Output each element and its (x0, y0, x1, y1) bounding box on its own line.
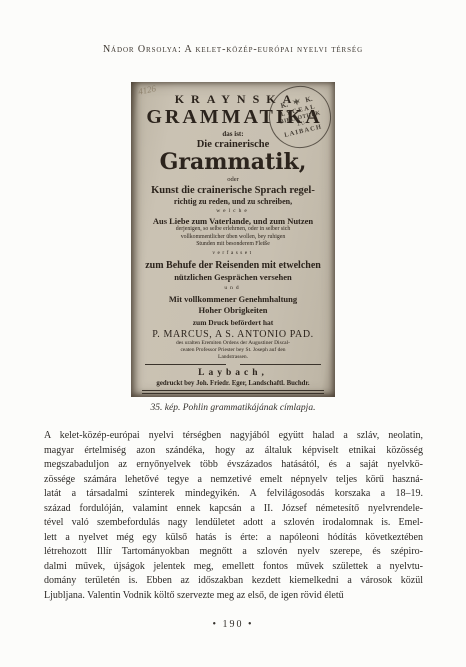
body-line: magyar értelmiség azon szándéka, hogy az… (44, 444, 423, 459)
book-und: und (131, 285, 335, 291)
body-line: század fordulóján, valamint ennek kapcsá… (44, 502, 423, 517)
book-author-fine-3: Landstrassen. (131, 354, 335, 361)
book-verfasset: verfasset (131, 250, 335, 256)
book-author-fine-1: des uralten Eremiten Ordens der Augustin… (131, 340, 335, 347)
body-line: domány területén is. Ebben az időszakban… (44, 574, 423, 589)
figure-title-page-scan: 4126 K. K. LYCEAL BIBLIOTHEK ZU LAIBACH … (131, 82, 335, 397)
book-city-line: Laybach, (131, 368, 335, 378)
book-behufe-line: zum Behufe der Reisenden mit etwelchen (131, 260, 335, 271)
book-genehmhaltung-line: Mit vollkommener Genehmhaltung (131, 294, 335, 304)
book-oder: oder (131, 176, 335, 183)
book-druck-line: zum Druck befördert hat (131, 318, 335, 327)
book-richtig-line: richtig zu reden, und zu schreiben, (131, 197, 335, 206)
body-line: latát a társadalmi színterek mindegyikén… (44, 487, 423, 502)
body-line: megszabaduljon az ernyőnyelvek több évsz… (44, 458, 423, 473)
body-line: Ljubljana. Valentin Vodnik költő szervez… (44, 589, 423, 604)
book-fine-line-2: vollkommentlicher üben wollen, bey ruhig… (131, 234, 335, 242)
figure-caption: 35. kép. Pohlin grammatikájának címlapja… (0, 403, 466, 413)
body-line: A kelet-közép-európai nyelvi térségben n… (44, 429, 423, 444)
body-paragraph: A kelet-közép-európai nyelvi térségben n… (44, 429, 423, 603)
book-page: Nádor Orsolya: A kelet-közép-európai nye… (0, 0, 466, 667)
body-line: zössége számára lehetővé tegye a nemzeti… (44, 473, 423, 488)
body-line: lett a nyelvet még egy külső hatás is ér… (44, 531, 423, 546)
body-line: dalmi művek, újságok jelentek meg, emell… (44, 560, 423, 575)
book-hoher-line: Hoher Obrigkeiten (131, 305, 335, 315)
book-kunst-line: Kunst die crainerische Sprach regel- (131, 185, 335, 196)
book-author-fine-2: ceaten Professor Priester bey St. Joseph… (131, 347, 335, 354)
book-welche: welche (131, 208, 335, 214)
book-fine-line-3: Stunden mit besonderem Fleiße (131, 241, 335, 249)
title-page-split-rule (145, 364, 321, 365)
page-number: • 190 • (0, 619, 466, 630)
book-nuetzlichen-line: nützlichen Gesprächen versehen (131, 272, 335, 282)
title-page-double-rule (142, 390, 324, 394)
running-header: Nádor Orsolya: A kelet-közép-európai nye… (0, 44, 466, 55)
book-printer-line: gedruckt bey Joh. Friedr. Eger, Landscha… (131, 380, 335, 387)
book-fine-line-1: derjenigen, so selbe erlehrnen, oder in … (131, 226, 335, 234)
body-line: tével való szembefordulás nagy lendülete… (44, 516, 423, 531)
book-aus-liebe-line: Aus Liebe zum Vaterlande, und zum Nutzen (131, 216, 335, 226)
body-line: létrehozott Illír Tartományokban megnőtt… (44, 545, 423, 560)
book-author-line: P. MARCUS, A S. ANTONIO PAD. (131, 329, 335, 340)
book-publisher-line-1: Im Verlag bey Lorenz Bernbacher, Burgerl… (131, 396, 335, 397)
book-subtitle-2: Grammatik, (131, 151, 335, 173)
